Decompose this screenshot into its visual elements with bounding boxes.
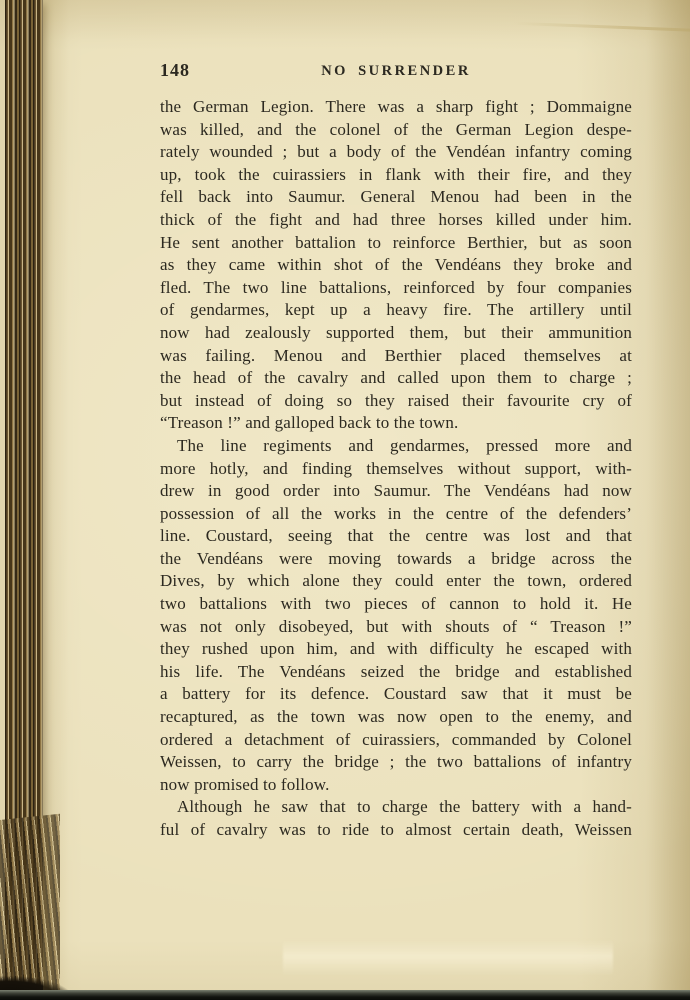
text-line: his life. The Vendéans seized the bridge… bbox=[160, 661, 632, 684]
text-line: ordered a detachment of cuirassiers, com… bbox=[160, 729, 632, 752]
text-line: the head of the cavalry and called upon … bbox=[160, 367, 632, 390]
text-line: as they came within shot of the Vendéans… bbox=[160, 254, 632, 277]
text-line: was killed, and the colonel of the Germa… bbox=[160, 119, 632, 142]
body-text: the German Legion. There was a sharp fig… bbox=[160, 96, 632, 842]
text-line: The line regiments and gendarmes, presse… bbox=[160, 435, 632, 458]
text-line: line. Coustard, seeing that the centre w… bbox=[160, 525, 632, 548]
text-line: a battery for its defence. Coustard saw … bbox=[160, 683, 632, 706]
text-line: they rushed upon him, and with difficult… bbox=[160, 638, 632, 661]
text-line: the Vendéans were moving towards a bridg… bbox=[160, 548, 632, 571]
book-scene: 148 NO SURRENDER the German Legion. Ther… bbox=[0, 0, 690, 1000]
text-line: up, took the cuirassiers in flank with t… bbox=[160, 164, 632, 187]
text-line: the German Legion. There was a sharp fig… bbox=[160, 96, 632, 119]
scanned-book-photo: { "page": { "number": "148", "running_ti… bbox=[0, 0, 690, 1000]
page-top-edge bbox=[513, 22, 690, 33]
text-line: fled. The two line battalions, reinforce… bbox=[160, 277, 632, 300]
text-line: Dives, by which alone they could enter t… bbox=[160, 570, 632, 593]
text-line: rately wounded ; but a body of the Vendé… bbox=[160, 141, 632, 164]
text-line: Weissen, to carry the bridge ; the two b… bbox=[160, 751, 632, 774]
text-line: of gendarmes, kept up a heavy fire. The … bbox=[160, 299, 632, 322]
text-line: now promised to follow. bbox=[160, 774, 632, 797]
text-line: drew in good order into Saumur. The Vend… bbox=[160, 480, 632, 503]
text-line: two battalions with two pieces of cannon… bbox=[160, 593, 632, 616]
text-line: was not only disobeyed, but with shouts … bbox=[160, 616, 632, 639]
text-line: recaptured, as the town was now open to … bbox=[160, 706, 632, 729]
text-line: Although he saw that to charge the batte… bbox=[160, 796, 632, 819]
text-line: ful of cavalry was to ride to almost cer… bbox=[160, 819, 632, 842]
running-title: NO SURRENDER bbox=[160, 63, 632, 80]
text-line: He sent another battalion to reinforce B… bbox=[160, 232, 632, 255]
text-line: fell back into Saumur. General Menou had… bbox=[160, 186, 632, 209]
page-header: 148 NO SURRENDER bbox=[160, 60, 632, 84]
text-line: possession of all the works in the centr… bbox=[160, 503, 632, 526]
text-line: thick of the fight and had three horses … bbox=[160, 209, 632, 232]
text-line: but instead of doing so they raised thei… bbox=[160, 390, 632, 413]
text-line: more hotly, and finding themselves witho… bbox=[160, 458, 632, 481]
paper-sheen bbox=[283, 940, 613, 976]
text-line: was failing. Menou and Berthier placed t… bbox=[160, 345, 632, 368]
table-surface-edge bbox=[0, 990, 690, 1000]
text-line: now had zealously supported them, but th… bbox=[160, 322, 632, 345]
book-page: 148 NO SURRENDER the German Legion. Ther… bbox=[43, 0, 690, 1000]
text-line: “Treason !” and galloped back to the tow… bbox=[160, 412, 632, 435]
